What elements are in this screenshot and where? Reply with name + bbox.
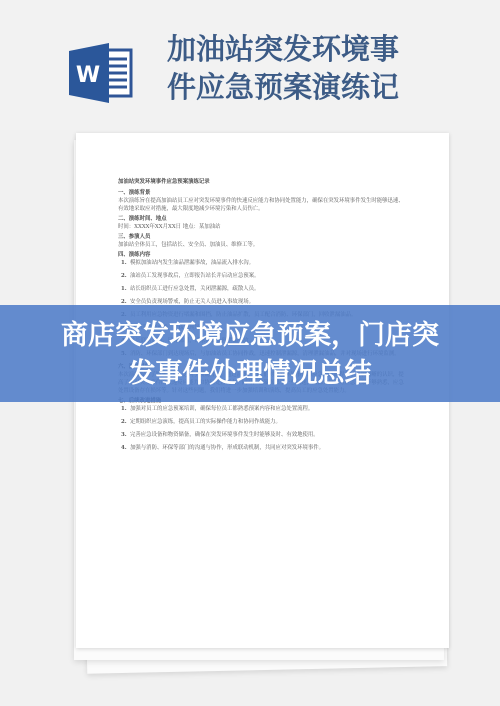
section-body: 本次演练旨在提高加油站员工应对突发环境事件的快速反应能力和协同处置能力，确保在突…	[118, 197, 408, 213]
svg-text:W: W	[76, 63, 100, 88]
section-heading: 三、参演人员	[118, 233, 408, 241]
list-item: 1.模拟加油站内发生油品泄漏事故，油品流入排水沟。	[130, 259, 408, 267]
list-item: 3.完善应急设备和物资储备，确保在突发环境事件发生时能够及时、有效地使用。	[130, 431, 408, 439]
header-title-line2: 件应急预案演练记	[167, 68, 437, 106]
section-heading: 二、演练时间、地点	[118, 215, 408, 223]
list-item: 1.加强对员工的应急预案培训，确保每位员工都熟悉预案内容和应急处置流程。	[130, 405, 408, 413]
section-body: 时间：XXXX年XX月XX日 地点：某加油站	[118, 223, 408, 231]
list-item: 1.站长组织员工进行应急处置，关闭泄漏源，疏散人员。	[130, 285, 408, 293]
word-document-icon: W	[69, 42, 135, 104]
section-body: 加油站全体员工，包括站长、安全员、加油员、维修工等。	[118, 241, 408, 249]
document-title: 加油站突发环境事件应急预案演练记录	[118, 178, 408, 186]
section-heading: 四、演练内容	[118, 251, 408, 259]
header-title: 加油站突发环境事 件应急预案演练记	[167, 30, 437, 106]
list-item: 2.定期组织应急演练，提高员工的实际操作能力和协同作战能力。	[130, 418, 408, 426]
list-item: 4.加强与消防、环保等部门的沟通与协作，形成联动机制，共同应对突发环境事件。	[130, 444, 408, 452]
section-heading: 一、演练背景	[118, 189, 408, 197]
header: W 加油站突发环境事 件应急预案演练记	[0, 0, 500, 130]
improvement-list: 1.加强对员工的应急预案培训，确保每位员工都熟悉预案内容和应急处置流程。 2.定…	[118, 405, 408, 452]
list-item: 2.油站员工发现事故后，立即报告站长并启动应急预案。	[130, 272, 408, 280]
header-title-line1: 加油站突发环境事	[167, 30, 437, 68]
title-banner: 商店突发环境应急预案，门店突发事件处理情况总结	[0, 305, 500, 402]
banner-title: 商店突发环境应急预案，门店突发事件处理情况总结	[0, 317, 500, 393]
